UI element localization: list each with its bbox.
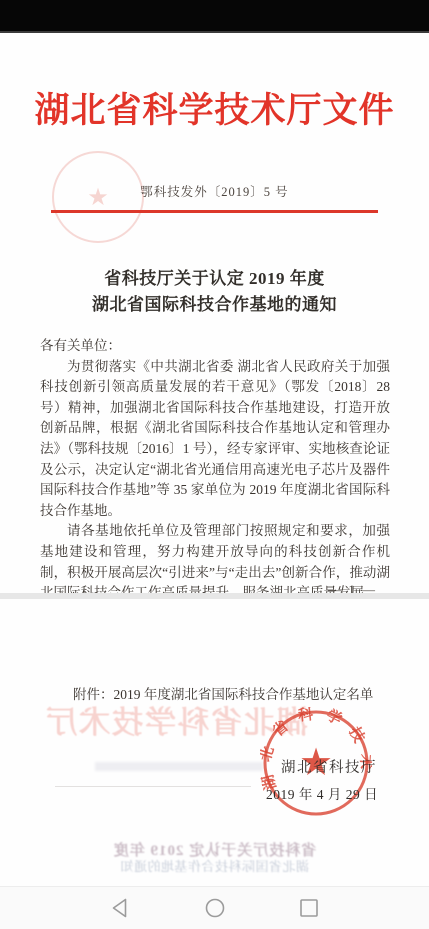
- back-triangle-icon: [113, 900, 125, 917]
- document-number: 鄂科技发外〔2019〕5 号: [0, 182, 429, 200]
- bleedthrough-line: [55, 786, 251, 787]
- bleedthrough-title-line1: 省科技厅关于认定 2019 年度: [0, 844, 429, 859]
- android-navigation-bar: [0, 886, 429, 929]
- home-button[interactable]: [203, 896, 227, 920]
- home-circle-icon: [206, 900, 223, 917]
- paragraph-1: 为贯彻落实《中共湖北省委 湖北省人民政府关于加强科技创新引领高质量发展的若干意见…: [40, 357, 390, 522]
- notice-title-line1: 省科技厅关于认定 2019 年度: [0, 266, 429, 292]
- signature-date: 2019 年 4 月 29 日: [266, 783, 378, 803]
- bleedthrough-smudge: [95, 762, 263, 771]
- red-divider: [51, 210, 378, 213]
- bleedthrough-title-line2: 湖北省国际科技合作基地的通知: [0, 859, 429, 874]
- document-page-2: 附件：2019 年度湖北省国际科技合作基地认定名单 湖北省科学技术厅 湖北省科学…: [0, 599, 429, 886]
- status-bar: [0, 0, 429, 33]
- recents-square-icon: [301, 900, 317, 916]
- phone-screen: ★ 湖北省科学技术厅文件 鄂科技发外〔2019〕5 号 省科技厅关于认定 201…: [0, 0, 429, 929]
- back-button[interactable]: [109, 896, 133, 920]
- notice-title-line2: 湖北省国际科技合作基地的通知: [0, 292, 429, 318]
- document-body: 各有关单位： 为贯彻落实《中共湖北省委 湖北省人民政府关于加强科技创新引领高质量…: [40, 336, 390, 604]
- salutation: 各有关单位：: [40, 336, 390, 357]
- notice-title: 省科技厅关于认定 2019 年度 湖北省国际科技合作基地的通知: [0, 266, 429, 318]
- recents-button[interactable]: [297, 896, 321, 920]
- document-page-1: ★ 湖北省科学技术厅文件 鄂科技发外〔2019〕5 号 省科技厅关于认定 201…: [0, 33, 429, 593]
- bleedthrough-title-mirrored: 省科技厅关于认定 2019 年度 湖北省国际科技合作基地的通知: [0, 844, 429, 874]
- signature-organization: 湖北省科技厅: [281, 756, 377, 777]
- document-header-title: 湖北省科学技术厅文件: [0, 85, 429, 137]
